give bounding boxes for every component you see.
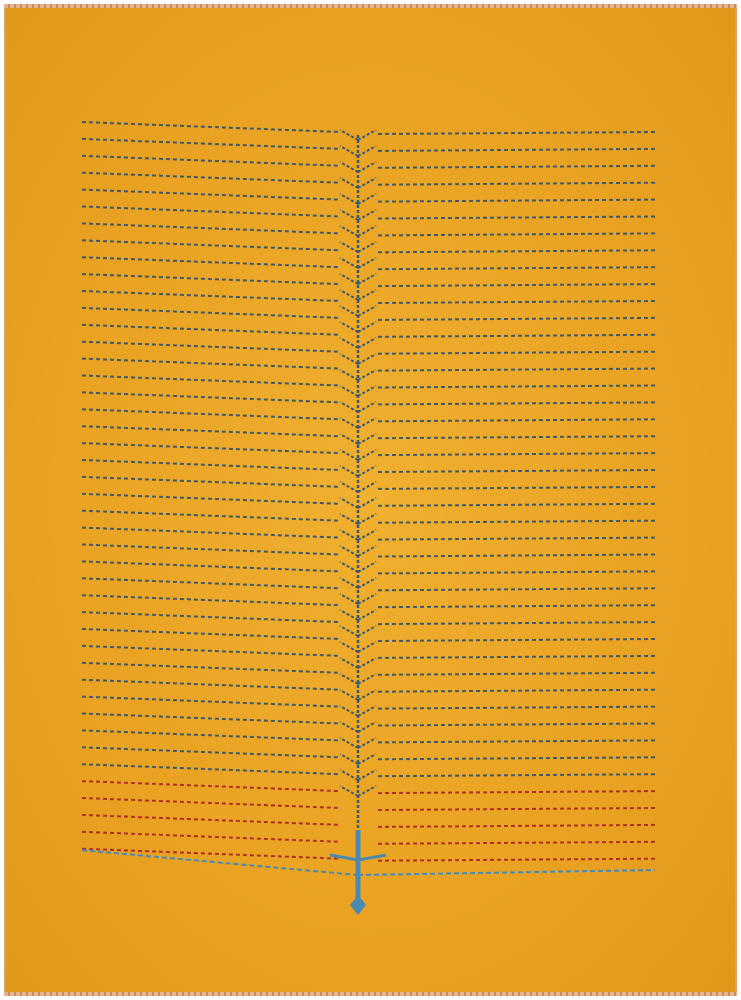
tree-motif (0, 0, 741, 1000)
